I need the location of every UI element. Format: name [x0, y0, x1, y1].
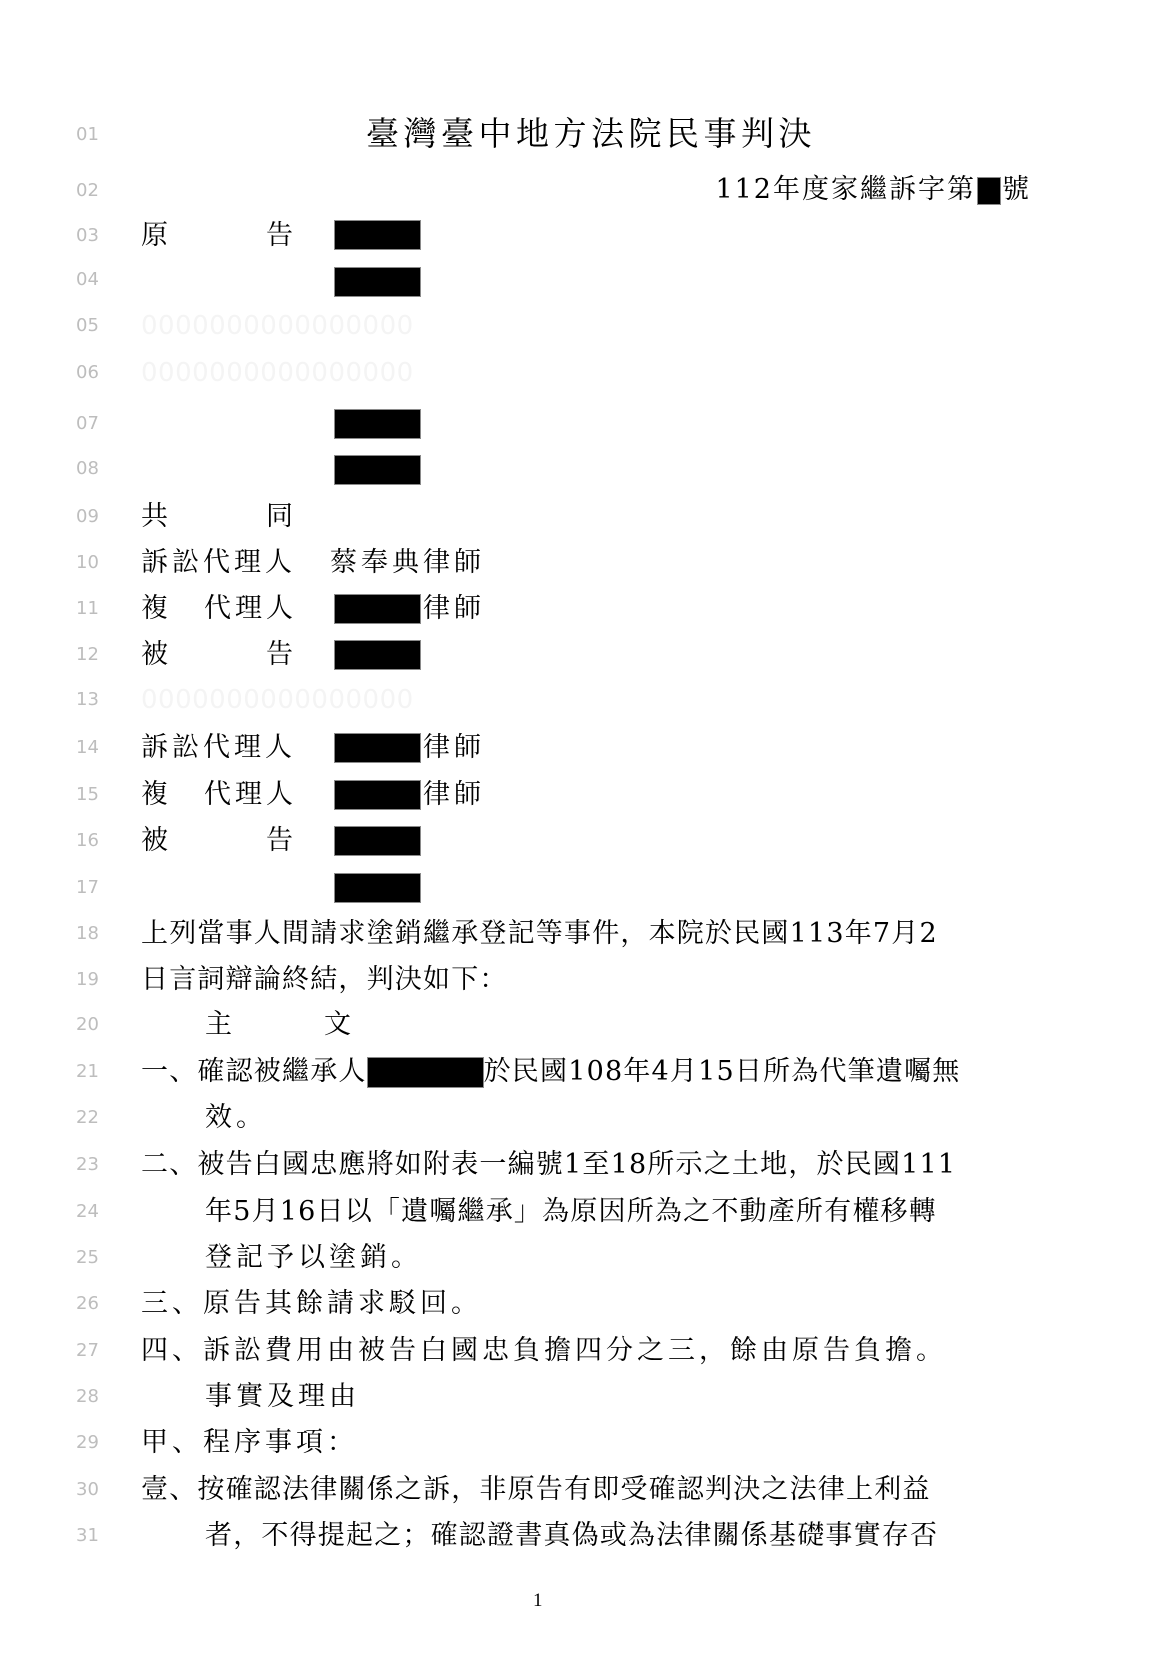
section-a-heading: 甲、程序事項： — [141, 1426, 358, 1460]
defendant-label-left: 被 — [141, 824, 172, 858]
litigation-agent-label: 訴訟代理人 — [141, 732, 296, 763]
line-number: 04 — [76, 268, 116, 292]
line-number: 21 — [76, 1060, 116, 1084]
line-number: 08 — [76, 457, 116, 481]
line-number: 05 — [76, 314, 116, 338]
line-number: 25 — [76, 1246, 116, 1270]
line-number: 15 — [76, 783, 116, 807]
masked-placeholder: 0000000000000000 — [141, 309, 414, 343]
ruling-item-2-line-1: 二、被告白國忠應將如附表一編號1至18所示之土地，於民國111 — [141, 1148, 956, 1182]
redaction-box — [334, 220, 421, 250]
ruling-item-1: 一、確認被繼承人於民國108年4月15日所為代筆遺囑無 — [141, 1055, 960, 1089]
line-number: 13 — [76, 688, 116, 712]
line-number: 22 — [76, 1106, 116, 1130]
joint-label-left: 共 — [141, 500, 172, 534]
line-number: 14 — [76, 736, 116, 760]
line-number: 06 — [76, 361, 116, 385]
lawyer-suffix: 律師 — [423, 592, 485, 626]
joint-label-row: 共同 — [141, 500, 297, 534]
sub-agent-label-left: 複 — [141, 778, 172, 812]
line-number: 11 — [76, 597, 116, 621]
document-title: 臺灣臺中地方法院民事判決 — [366, 112, 816, 156]
sub-agent-label-right: 代理人 — [204, 592, 297, 626]
line-number: 02 — [76, 179, 116, 203]
facts-heading: 事實及理由 — [205, 1380, 360, 1414]
ruling-item-4: 四、訴訟費用由被告白國忠負擔四分之三，餘由原告負擔。 — [141, 1334, 947, 1368]
ruling-item-1-prefix: 一、確認被繼承人 — [141, 1056, 367, 1087]
masked-placeholder: 0000000000000000 — [141, 356, 414, 390]
preamble-line-2: 日言詞辯論終結，判決如下： — [141, 963, 508, 997]
redaction-box — [367, 1057, 484, 1088]
redaction-box — [977, 177, 1001, 205]
ruling-item-3: 三、原告其餘請求駁回。 — [141, 1287, 482, 1321]
joint-label-right: 同 — [266, 500, 297, 534]
litigation-agent-name: 蔡奉典律師 — [330, 547, 485, 578]
case-number: 112年度家繼訴字第號 — [715, 172, 1031, 208]
preamble-line-1: 上列當事人間請求塗銷繼承登記等事件，本院於民國113年7月2 — [141, 917, 938, 951]
main-text-heading: 主文 — [205, 1008, 355, 1042]
line-number: 31 — [76, 1524, 116, 1548]
line-number: 18 — [76, 922, 116, 946]
paragraph-1-line-1: 壹、按確認法律關係之訴，非原告有即受確認判決之法律上利益 — [141, 1473, 931, 1507]
line-number: 03 — [76, 224, 116, 248]
lawyer-suffix: 律師 — [423, 731, 485, 765]
ruling-item-2-line-2: 年5月16日以「遺囑繼承」為原因所為之不動產所有權移轉 — [205, 1195, 937, 1229]
plaintiff-label-right: 告 — [266, 219, 297, 253]
main-text-heading-right: 文 — [324, 1009, 355, 1040]
ruling-item-1-suffix: 於民國108年4月15日所為代筆遺囑無 — [484, 1056, 961, 1087]
redaction-box — [334, 267, 421, 297]
case-number-prefix: 112年度家繼訴字第 — [715, 174, 976, 205]
defendant-sub-agent-row: 複代理人 — [141, 778, 297, 812]
document-page: 01 02 03 04 05 06 07 08 09 10 11 12 13 1… — [0, 0, 1176, 1672]
redaction-box — [334, 455, 421, 485]
ruling-item-1-continued: 效。 — [205, 1101, 267, 1135]
ruling-item-2-line-3: 登記予以塗銷。 — [205, 1241, 422, 1275]
line-number: 12 — [76, 643, 116, 667]
line-number: 28 — [76, 1385, 116, 1409]
line-number: 01 — [76, 123, 116, 147]
line-number: 29 — [76, 1431, 116, 1455]
line-number: 30 — [76, 1478, 116, 1502]
sub-agent-row: 複代理人 — [141, 592, 297, 626]
sub-agent-label-left: 複 — [141, 592, 172, 626]
litigation-agent-row: 訴訟代理人蔡奉典律師 — [141, 546, 485, 580]
redaction-box — [334, 640, 421, 670]
plaintiff-row: 原告 — [141, 219, 297, 253]
redaction-box — [334, 826, 421, 856]
line-number: 27 — [76, 1339, 116, 1363]
line-number: 19 — [76, 968, 116, 992]
defendant-label-right: 告 — [266, 638, 297, 672]
page-number: 1 — [533, 1590, 543, 1612]
defendant-label-right: 告 — [266, 824, 297, 858]
line-number: 23 — [76, 1153, 116, 1177]
line-number: 24 — [76, 1200, 116, 1224]
redaction-box — [334, 780, 421, 810]
sub-agent-label-right: 代理人 — [204, 778, 297, 812]
redaction-box — [334, 594, 421, 624]
line-number: 17 — [76, 876, 116, 900]
line-number: 10 — [76, 551, 116, 575]
line-number: 07 — [76, 412, 116, 436]
case-number-suffix: 號 — [1002, 174, 1031, 205]
lawyer-suffix: 律師 — [423, 778, 485, 812]
line-number: 09 — [76, 505, 116, 529]
redaction-box — [334, 733, 421, 763]
redaction-box — [334, 873, 421, 903]
defendant-label-left: 被 — [141, 638, 172, 672]
main-text-heading-left: 主 — [205, 1009, 236, 1040]
line-number: 26 — [76, 1292, 116, 1316]
redaction-box — [334, 409, 421, 439]
defendant-row-2: 被告 — [141, 824, 297, 858]
line-number: 16 — [76, 829, 116, 853]
defendant-litigation-agent-row: 訴訟代理人 — [141, 731, 296, 765]
plaintiff-label-left: 原 — [141, 219, 172, 253]
litigation-agent-label: 訴訟代理人 — [141, 547, 296, 578]
masked-placeholder: 0000000000000000 — [141, 683, 414, 717]
paragraph-1-line-2: 者，不得提起之；確認證書真偽或為法律關係基礎事實存否 — [205, 1519, 938, 1553]
line-number: 20 — [76, 1013, 116, 1037]
defendant-row: 被告 — [141, 638, 297, 672]
